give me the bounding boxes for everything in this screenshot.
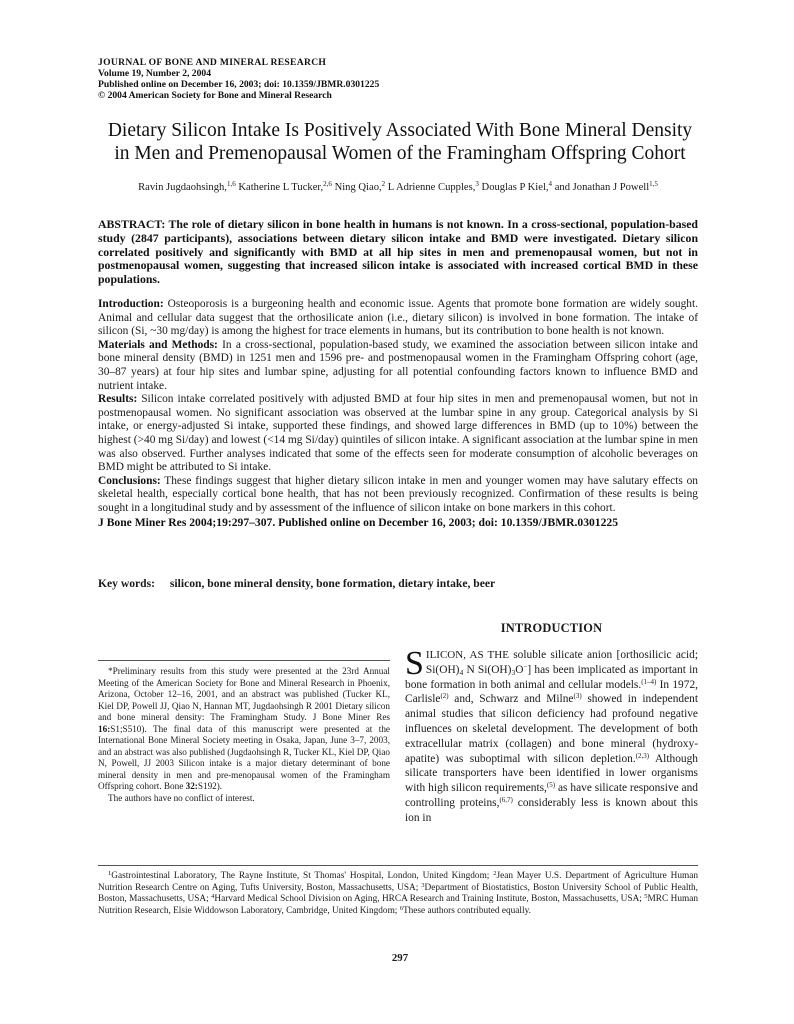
affiliations: 1Gastrointestinal Laboratory, The Rayne … [98,871,698,917]
copyright: © 2004 American Society for Bone and Min… [98,90,379,101]
abstract-results: Results: Silicon intake correlated posit… [98,393,698,475]
footnote-divider [98,660,390,661]
author: L Adrienne Cupples,3 [388,182,479,193]
keywords-value: silicon, bone mineral density, bone form… [170,577,495,590]
title-line-1: Dietary Silicon Intake Is Positively Ass… [90,119,710,142]
affiliations-divider [98,865,698,866]
author: Katherine L Tucker,2,6 [238,182,332,193]
citation: J Bone Miner Res 2004;19:297–307. Publis… [98,516,698,530]
footnote-conflict: The authors have no conflict of interest… [98,793,390,805]
reference-marker[interactable]: (2) [440,692,448,700]
page-number: 297 [380,952,420,964]
reference-marker[interactable]: (1–4) [641,678,656,686]
drop-cap: S [405,651,424,677]
title-line-2: in Men and Premenopausal Women of the Fr… [90,142,710,165]
abstract-conclusions: Conclusions: These findings suggest that… [98,475,698,516]
affiliation: Harvard Medical School Division on Aging… [214,894,644,904]
reference-marker[interactable]: (6,7) [499,796,512,804]
reference-marker[interactable]: (2,3) [636,752,649,760]
reference-marker[interactable]: (5) [547,781,555,789]
affiliation: Gastrointestinal Laboratory, The Rayne I… [111,871,493,881]
introduction-body: SILICON, AS THE soluble silicate anion [… [405,648,698,826]
structured-abstract: Introduction: Osteoporosis is a burgeoni… [98,298,698,529]
abstract-methods: Materials and Methods: In a cross-sectio… [98,339,698,393]
affiliation: These authors contributed equally. [403,906,531,916]
footnote: *Preliminary results from this study wer… [98,666,390,805]
footnote-preliminary: *Preliminary results from this study wer… [98,666,390,793]
author: Douglas P Kiel,4 [482,182,553,193]
author: Ravin Jugdaohsingh,1,6 [138,182,236,193]
keywords: Key words: silicon, bone mineral density… [98,577,698,591]
author-list: Ravin Jugdaohsingh,1,6 Katherine L Tucke… [98,181,698,194]
abstract-introduction: Introduction: Osteoporosis is a burgeoni… [98,298,698,339]
reference-marker[interactable]: (3) [573,692,581,700]
keywords-label: Key words: [98,577,155,590]
published-online: Published online on December 16, 2003; d… [98,79,379,90]
author: and Jonathan J Powell1,5 [555,182,658,193]
abstract-summary: ABSTRACT: The role of dietary silicon in… [98,218,698,287]
journal-name: JOURNAL OF BONE AND MINERAL RESEARCH [98,57,379,68]
journal-volume: Volume 19, Number 2, 2004 [98,68,379,79]
section-heading-introduction: INTRODUCTION [405,621,698,636]
article-title: Dietary Silicon Intake Is Positively Ass… [90,119,710,165]
journal-header: JOURNAL OF BONE AND MINERAL RESEARCH Vol… [98,57,379,101]
author: Ning Qiao,2 [335,182,386,193]
